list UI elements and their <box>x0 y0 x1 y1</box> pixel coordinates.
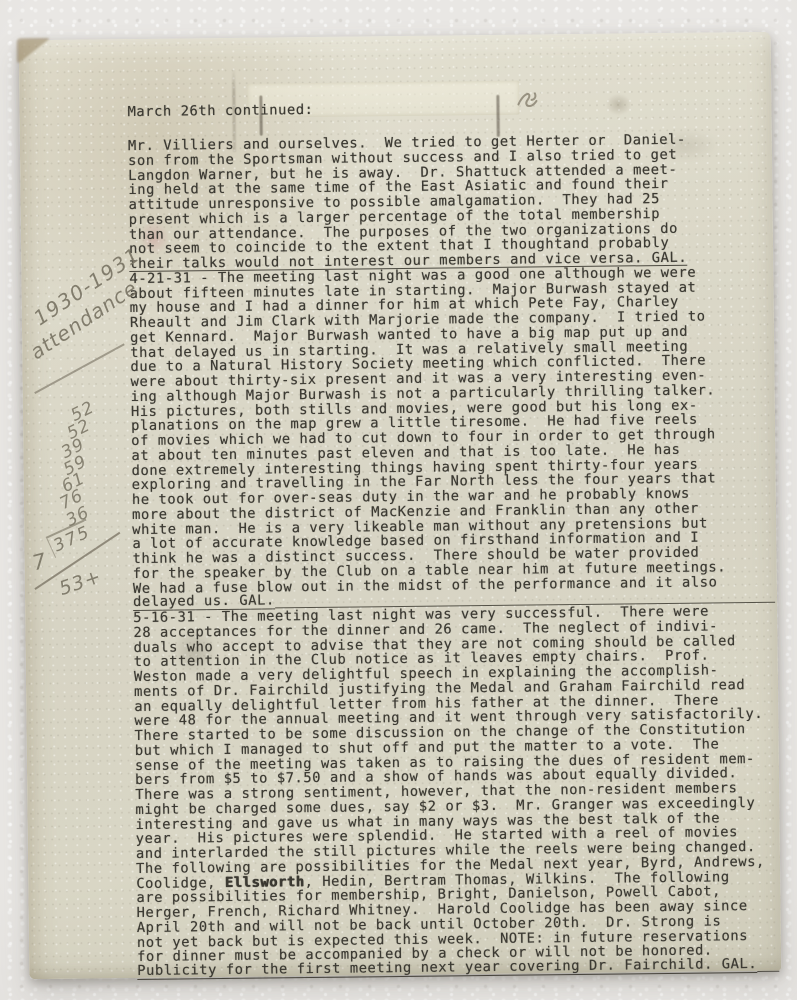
typed-line: Publicity for the first meeting next yea… <box>137 958 781 980</box>
typed-body: Mr. Villiers and ourselves. We tried to … <box>128 132 781 980</box>
typed-rule <box>757 958 781 973</box>
stain-faint <box>605 93 631 115</box>
tape-mark-right <box>496 95 499 137</box>
division-divisor: 7 <box>30 549 49 576</box>
ink-scribble-icon <box>513 84 546 117</box>
document-page: March 26th continued: Mr. Villiers and o… <box>19 32 782 979</box>
paper-corner-fold <box>17 38 51 64</box>
photo-background: March 26th continued: Mr. Villiers and o… <box>0 0 797 1000</box>
margin-attendance-figures: 52523959617636 <box>19 32 771 41</box>
page-heading: March 26th continued: <box>127 103 313 120</box>
